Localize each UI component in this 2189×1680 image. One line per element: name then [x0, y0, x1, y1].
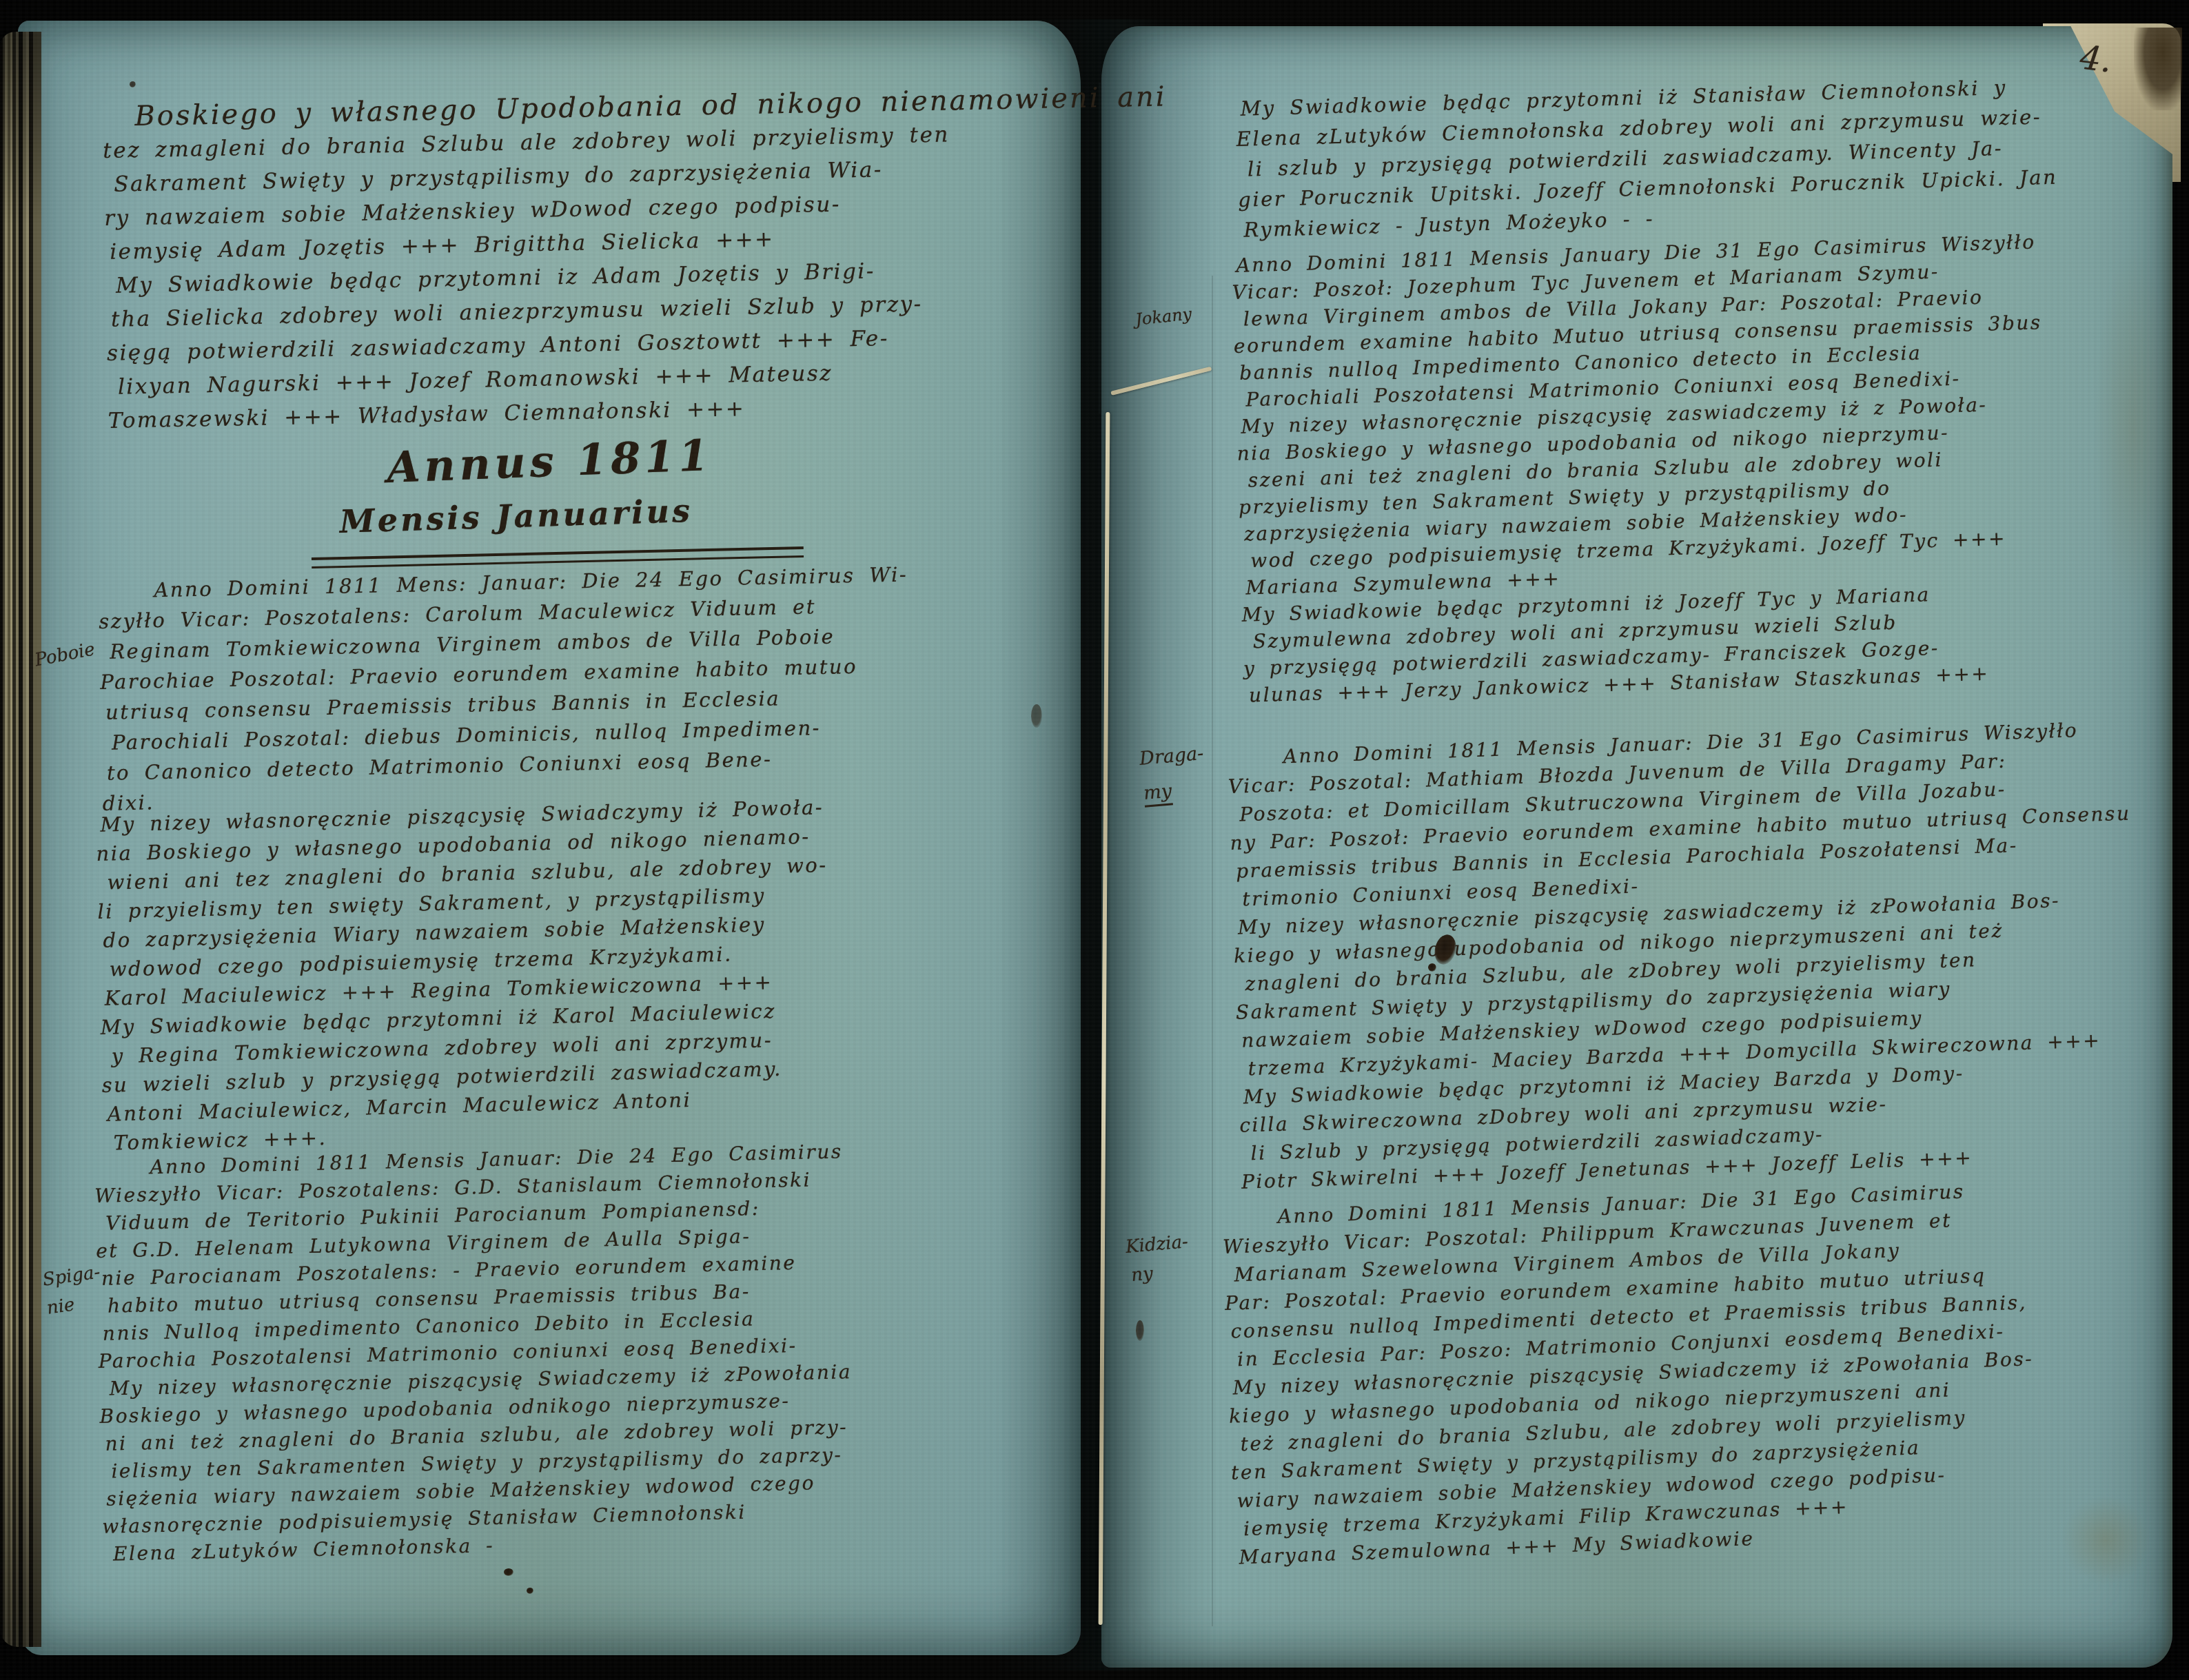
- ink-blot: [1428, 963, 1436, 972]
- ink-speck: [130, 81, 136, 88]
- ink-drip: [1136, 1320, 1144, 1341]
- ink-smudge: [1031, 704, 1042, 728]
- entry-krawczunas: Anno Domini 1811 Mensis Januar: Die 31 E…: [1221, 1169, 2189, 1572]
- ink-blot: [527, 1588, 533, 1594]
- margin-crease: [1212, 276, 1213, 1626]
- gutter-crease: [1099, 83, 1101, 413]
- deckle-shadow: [0, 32, 41, 1647]
- margin-note-dragamy-2: my: [1143, 780, 1173, 807]
- entry-ciemnolonski: Anno Domini 1811 Mensis Januar: Die 24 E…: [94, 1133, 1068, 1568]
- left-continuation-paragraph: Boskiego y własnego Upodobania od nikogo…: [102, 83, 1059, 438]
- margin-note-spiganie-2: nie: [45, 1294, 76, 1318]
- attestation-ciemnolonski: My Swiadkowie będąc przytomni iż Stanisł…: [1235, 68, 2177, 245]
- manuscript-photo: 4. Boskiego y własnego Upodobania od nik…: [0, 0, 2189, 1680]
- entry-maculewicz-latin: Anno Domini 1811 Mens: Januar: Die 24 Eg…: [98, 556, 1061, 819]
- entry-blozda: Anno Domini 1811 Mensis Januar: Die 31 E…: [1227, 713, 2189, 1196]
- attestation-maculewicz: My nizey własnoręcznie piszącysię Swiadc…: [95, 787, 1061, 1158]
- entry-tyc: Anno Domini 1811 Mensis January Die 31 E…: [1231, 224, 2187, 708]
- ink-blot: [504, 1568, 513, 1576]
- margin-note-kidziany-2: ny: [1130, 1263, 1154, 1286]
